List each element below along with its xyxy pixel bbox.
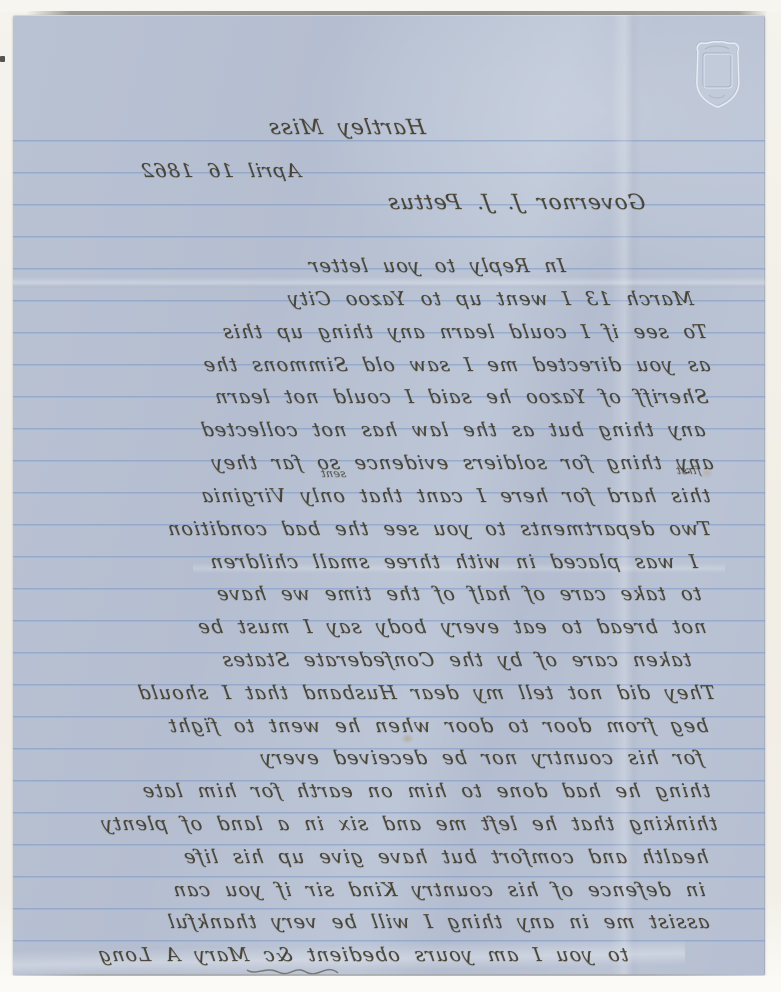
handwriting-line: to take care of half of the time we have	[214, 583, 703, 605]
handwriting-insert: first	[675, 464, 702, 477]
handwriting-line: beg from door to door when he went to fi…	[166, 715, 710, 737]
handwriting-salutation: In Reply to you letter	[306, 255, 567, 277]
handwriting-line: I was placed in with three small childre…	[208, 551, 699, 573]
scanned-letter-page: { "palette": { "background": "#f2efe8", …	[0, 0, 781, 992]
scan-background-bottom	[0, 976, 781, 992]
handwriting-recipient: Governor J. J. Pettus	[385, 190, 647, 214]
mirrored-handwriting-layer: Hartley Miss April 16 1862 Governor J. J…	[13, 15, 765, 975]
handwriting-line: taken care of by the Confederate States	[220, 649, 693, 671]
letter-paper: Hartley Miss April 16 1862 Governor J. J…	[13, 15, 765, 975]
handwriting-line: any thing but as the law has not collect…	[199, 419, 707, 441]
handwriting-line: March 13 I went up to Yazoo City	[285, 288, 695, 310]
handwriting-line: in defence of his country Kind sir if yo…	[171, 879, 707, 901]
handwriting-line: assist me in any thing I will be very th…	[166, 911, 711, 933]
handwriting-line: as you directed me I saw old Simmons the	[201, 354, 712, 376]
handwriting-line: for his country nor be deceived every	[258, 747, 705, 769]
handwriting-insert: sent	[320, 467, 347, 480]
handwriting-line: They did not tell my dear Husband that I…	[136, 682, 717, 704]
handwriting-line: Two departments to you see the bad condi…	[165, 518, 713, 540]
handwriting-line: Sheriff of Yazoo he said I could not lea…	[212, 386, 710, 408]
handwriting-line: any thing for soldiers evidence so far t…	[209, 452, 715, 474]
handwriting-heading-place: Hartley Miss	[266, 115, 427, 139]
handwriting-closing: to you I am yours obedient &c Mary A Lon…	[96, 944, 630, 966]
handwriting-line: thinking that he left me and six in a la…	[99, 813, 719, 835]
handwriting-line: this hard for here I cant that only Virg…	[199, 485, 712, 507]
handwriting-heading-date: April 16 1862	[138, 160, 302, 182]
handwriting-line: not bread to eat every body say I must b…	[196, 616, 708, 638]
handwriting-line: To see if I could learn any thing up thi…	[220, 321, 709, 343]
handwriting-line: health and comfort but have give up his …	[181, 846, 710, 868]
handwriting-line: thing he had done to him on earth for hi…	[140, 780, 712, 802]
scan-edge-mark	[0, 56, 5, 62]
